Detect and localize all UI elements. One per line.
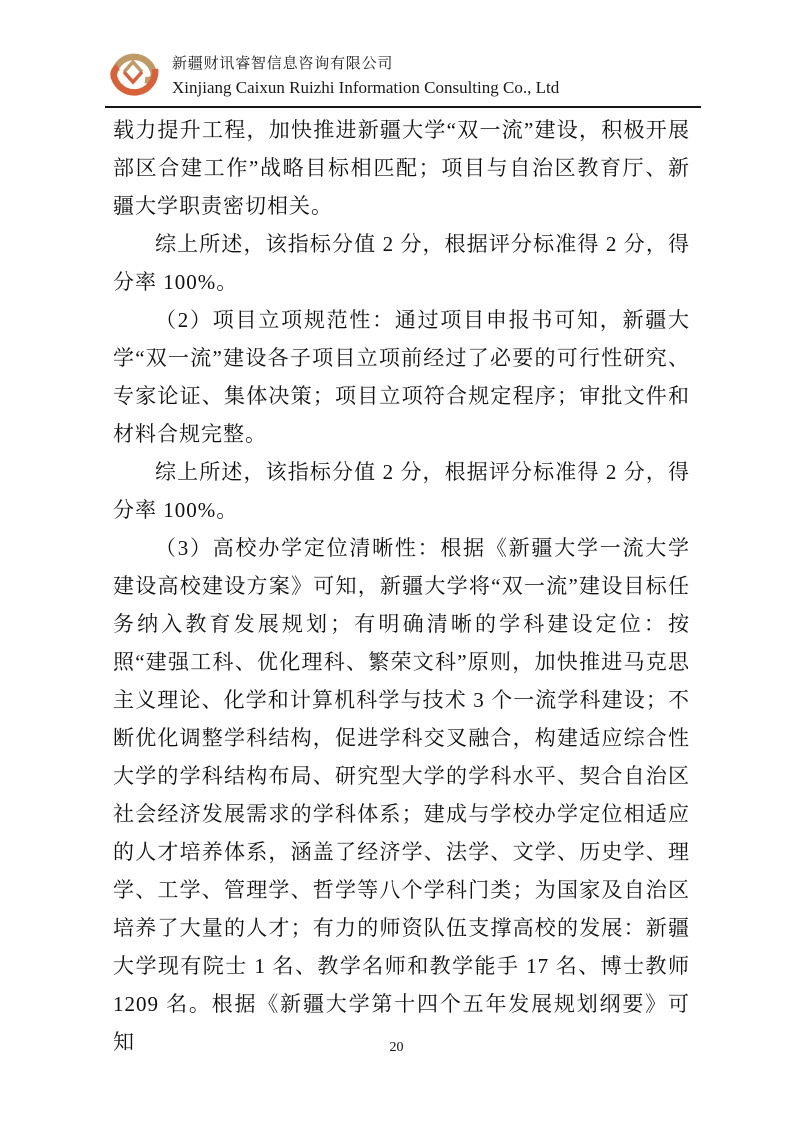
- logo-diamond-bottom: [124, 72, 142, 82]
- logo-top-arc: [114, 57, 154, 80]
- header-divider: [105, 106, 701, 108]
- document-header: 新疆财讯睿智信息咨询有限公司 Xinjiang Caixun Ruizhi In…: [105, 46, 701, 100]
- company-name-block: 新疆财讯睿智信息咨询有限公司 Xinjiang Caixun Ruizhi In…: [172, 46, 559, 100]
- logo-diamond-top: [124, 62, 142, 72]
- paragraph: 综上所述，该指标分值 2 分，根据评分标准得 2 分，得分率 100%。: [113, 453, 690, 529]
- paragraph: （2）项目立项规范性：通过项目申报书可知，新疆大学“双一流”建设各子项目立项前经…: [113, 301, 690, 453]
- page-number: 20: [0, 1040, 793, 1056]
- paragraph: 综上所述，该指标分值 2 分，根据评分标准得 2 分，得分率 100%。: [113, 225, 690, 301]
- document-body: 载力提升工程，加快推进新疆大学“双一流”建设，积极开展部区合建工作”战略目标相匹…: [113, 111, 690, 1061]
- company-logo-icon: [105, 46, 161, 100]
- company-name-zh: 新疆财讯睿智信息咨询有限公司: [172, 52, 559, 76]
- company-name-en: Xinjiang Caixun Ruizhi Information Consu…: [172, 76, 559, 100]
- document-page: 新疆财讯睿智信息咨询有限公司 Xinjiang Caixun Ruizhi In…: [0, 0, 793, 1122]
- paragraph: 载力提升工程，加快推进新疆大学“双一流”建设，积极开展部区合建工作”战略目标相匹…: [113, 111, 690, 225]
- paragraph: （3）高校办学定位清晰性：根据《新疆大学一流大学建设高校建设方案》可知，新疆大学…: [113, 529, 690, 1061]
